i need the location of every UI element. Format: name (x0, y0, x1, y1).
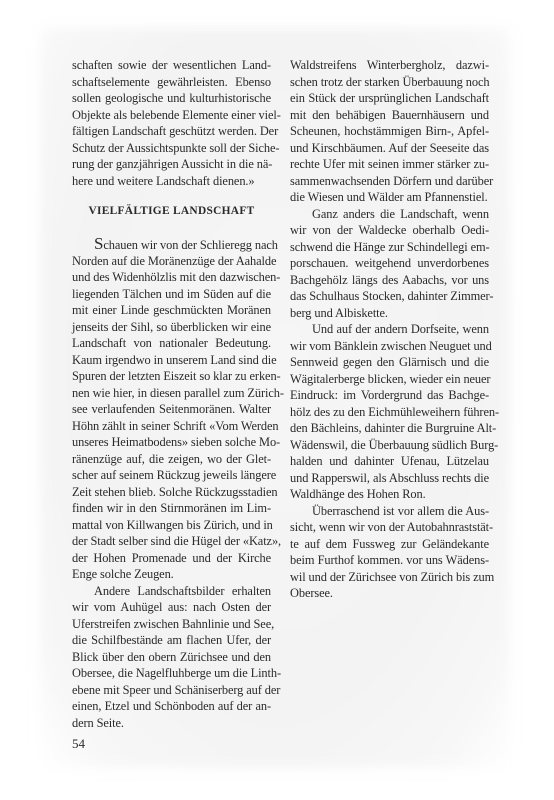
text-line: nen wie hier, in diesen parallel zum Zür… (72, 385, 271, 401)
text-line: hölz des zu den Eichmühleweihern führen- (290, 404, 489, 420)
text-line: Andere Landschaftsbilder erhalten (72, 583, 271, 599)
text-line: der Hohen Promenade und der Kirche (72, 550, 271, 566)
text-line: Obersee. (290, 585, 489, 601)
text-line: rechte Ufer mit seinen immer stärker zu- (290, 156, 489, 172)
text-line: das Schulhaus Stocken, dahinter Zimmer- (290, 288, 489, 304)
text-line: Sennweid gegen den Glärnisch und die (290, 354, 489, 370)
text-line: und Rapperswil, als Abschluss rechts die (290, 470, 489, 486)
text-line: berg und Albiskette. (290, 305, 489, 321)
text-line: Eindruck: im Vordergrund das Bachge- (290, 387, 489, 403)
text-line: Blick über den obern Zürichsee und den (72, 649, 271, 665)
text-line: sammenwachsenden Dörfern und darüber (290, 173, 489, 189)
text-line: Wägitalerberge blicken, wieder ein neuer (290, 371, 489, 387)
text-line: den Bächleins, dahinter die Burgruine Al… (290, 420, 489, 436)
text-line: wir vom Bänklein zwischen Neuguet und (290, 338, 489, 354)
text-line: Spuren der letzten Eiszeit so klar zu er… (72, 368, 271, 384)
text-line: te auf dem Fussweg zur Geländekante (290, 536, 489, 552)
text-line: jenseits der Sihl, so überblicken wir ei… (72, 319, 271, 335)
text-line: sollen geologische und kulturhistorische (72, 90, 271, 106)
text-line: dern Seite. (72, 715, 271, 731)
text-line: wir vom Auhügel aus: nach Osten der (72, 599, 271, 615)
text-line: Höhn zählt in seiner Schrift «Vom Werden (72, 418, 271, 434)
text-line: finden wir in den Stirnmoränen im Lim- (72, 500, 271, 516)
text-line: schaftselemente gewährleisten. Ebenso (72, 74, 271, 90)
text-line: mit einer Linde geschmückten Moränen (72, 302, 271, 318)
text-line: ebene mit Speer und Schäniserberg auf de… (72, 682, 271, 698)
text-line: Landschaft von nationaler Bedeutung. (72, 335, 271, 351)
text-line: Schauen wir von der Schlieregg nach (72, 236, 271, 252)
text-line: und des Widenhölzlis mit den dazwischen- (72, 269, 271, 285)
text-line: Und auf der andern Dorfseite, wenn (290, 321, 489, 337)
text-line: Kaum irgendwo in unserem Land sind die (72, 352, 271, 368)
page-number: 54 (72, 736, 85, 752)
text-line: Schutz der Aussichtspunkte soll der Sich… (72, 140, 271, 156)
text-line: see verlaufenden Seitenmoränen. Walter (72, 401, 271, 417)
text-line: einen, Etzel und Schönboden auf der an- (72, 698, 271, 714)
text-line: schaften sowie der wesentlichen Land- (72, 57, 271, 73)
text-line: schen trotz der starken Überbauung noch (290, 74, 489, 90)
text-line: die Wiesen und Wälder am Pfannenstiel. (290, 189, 489, 205)
text-line: Wädenswil, die Überbauung südlich Burg- (290, 437, 489, 453)
text-line: Norden auf die Moränenzüge der Aahalde (72, 253, 271, 269)
drop-cap: S (94, 234, 103, 253)
text-line: here und weitere Landschaft dienen.» (72, 173, 271, 189)
text-line: unseres Heimatbodens» sieben solche Mo- (72, 434, 271, 450)
text-line: Bachgehölz längs des Aabachs, vor uns (290, 272, 489, 288)
text-line: wil und der Zürichsee von Zürich bis zum (290, 569, 489, 585)
text-line: Scheunen, hochstämmigen Birn-, Apfel- (290, 123, 489, 139)
text-line: Enge solche Zeugen. (72, 566, 271, 582)
text-line: und Kirschbäumen. Auf der Seeseite das (290, 140, 489, 156)
text-line: beim Furthof kommen. vor uns Wädens- (290, 552, 489, 568)
text-line: rung der ganzjährigen Aussicht in die nä… (72, 156, 271, 172)
text-line: Waldhänge des Hohen Ron. (290, 486, 489, 502)
text-line: mattal von Killwangen bis Zürich, und in (72, 517, 271, 533)
text-line: scher auf seinem Rückzug jeweils längere (72, 467, 271, 483)
text-line: Objekte als belebende Elemente einer vie… (72, 107, 271, 123)
text-line: fältigen Landschaft geschützt werden. De… (72, 123, 271, 139)
text-line: halden und dahinter Ufenau, Lützelau (290, 453, 489, 469)
text-line: ein Stück der ursprünglichen Landschaft (290, 90, 489, 106)
text-line: Obersee, die Nagelfluhberge um die Linth… (72, 665, 271, 681)
text-line: der Stadt selber sind die Hügel der «Kat… (72, 533, 271, 549)
text-line: wir von der Waldecke oberhalb Oedi- (290, 222, 489, 238)
text-line: mit den behäbigen Bauernhäusern und (290, 107, 489, 123)
text-line: Uferstreifen zwischen Bahnlinie und See, (72, 616, 271, 632)
text-line: Waldstreifens Winterbergholz, dazwi- (290, 57, 489, 73)
text-line: liegenden Tälchen und im Süden auf die (72, 286, 271, 302)
text-line: porschauen. weitgehend unverdorbenes (290, 255, 489, 271)
text-line: Ganz anders die Landschaft, wenn (290, 206, 489, 222)
section-heading: VIELFÄLTIGE LANDSCHAFT (72, 203, 271, 219)
text-line: die Schilfbestände am flachen Ufer, der (72, 632, 271, 648)
text-line: sicht, wenn wir von der Autobahnraststät… (290, 519, 489, 535)
text-line: Zeit stehen blieb. Solche Rückzugsstadie… (72, 484, 271, 500)
text-line: schwend die Hänge zur Schindellegi em- (290, 239, 489, 255)
text-line: ränenzüge auf, die zeigen, wo der Glet- (72, 451, 271, 467)
text-line: Überraschend ist vor allem die Aus- (290, 503, 489, 519)
